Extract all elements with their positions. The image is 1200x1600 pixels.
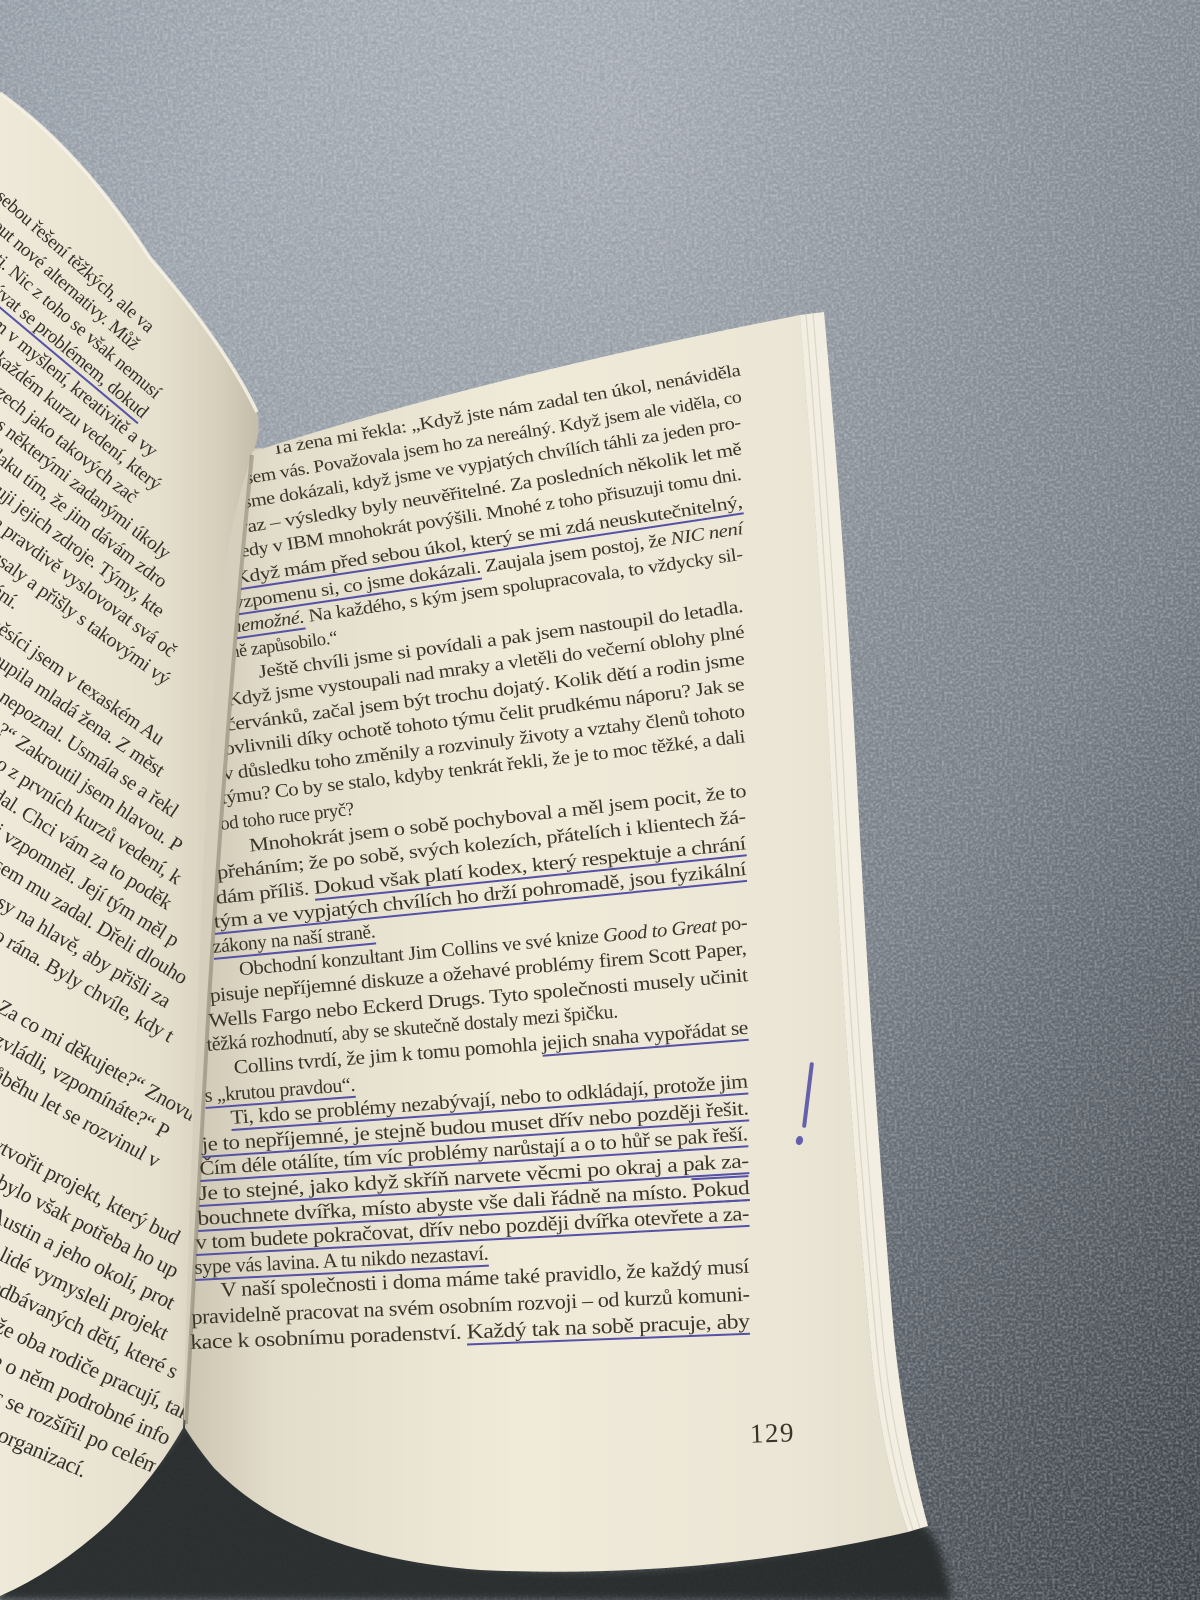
page-number: 129 (749, 1417, 795, 1450)
right-page (185, 315, 908, 1572)
book-and-fabric-shapes (0, 0, 1200, 1600)
photo-open-book: áte za sebou řešení těžkých, ale vaznikn… (0, 0, 1200, 1600)
